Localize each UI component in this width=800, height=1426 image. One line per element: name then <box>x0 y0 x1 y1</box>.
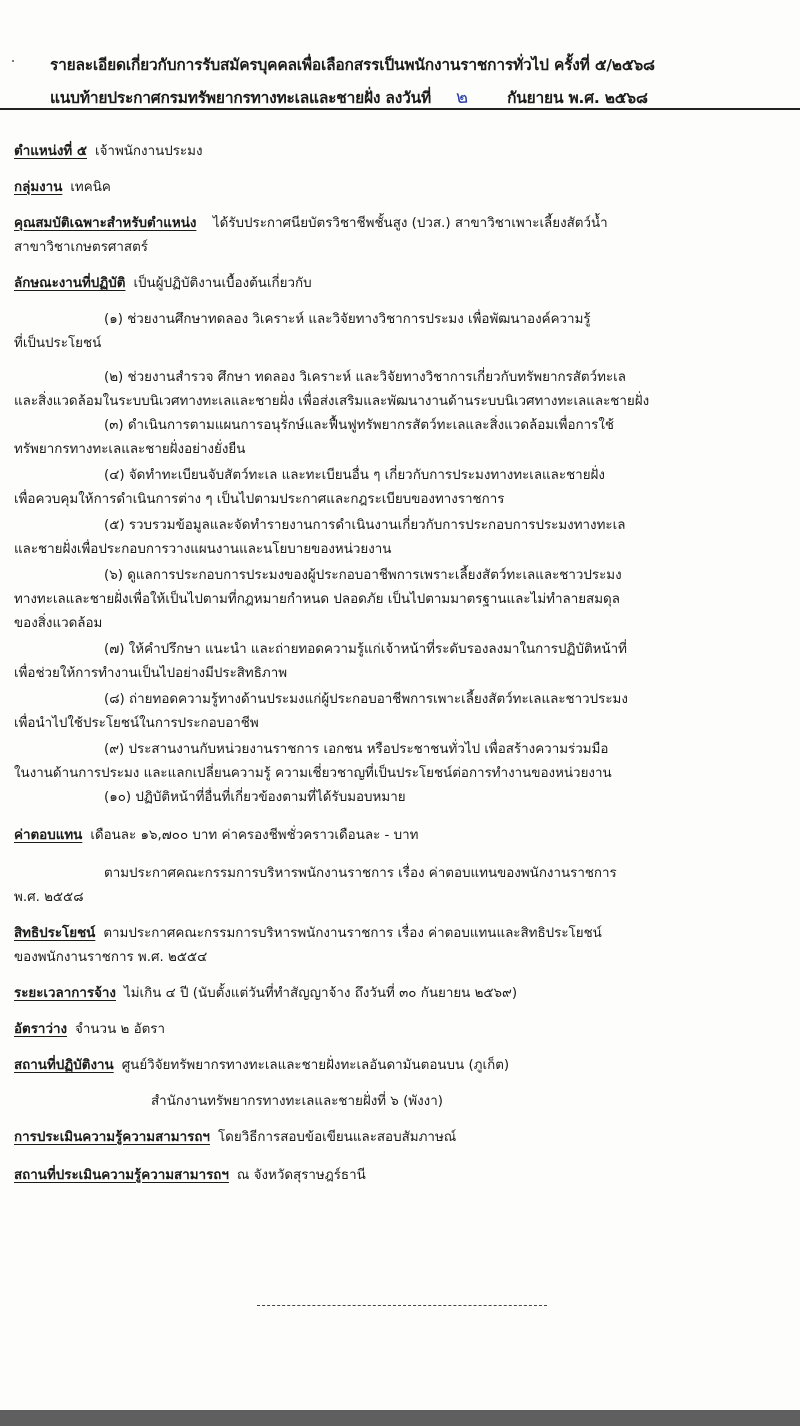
handwritten-day: ๒ <box>455 82 469 112</box>
duty-item-3: (๓) ดำเนินการตามแผนการอนุรักษ์และฟื้นฟูท… <box>14 414 614 438</box>
benefits-line1: ตามประกาศคณะกรรมการบริหารพนักงานราชการ เ… <box>103 926 601 941</box>
workplace-row: สถานที่ปฏิบัติงานศูนย์วิจัยทรัพยากรทางทะ… <box>14 1054 509 1078</box>
header-title-line2: แนบท้ายประกาศกรมทรัพยากรทางทะเลและชายฝั่… <box>50 82 648 111</box>
benefits-line2: ของพนักงานราชการ พ.ศ. ๒๕๕๔ <box>14 946 207 970</box>
job-group-label: กลุ่มงาน <box>14 180 62 195</box>
assessment-row: การประเมินความรู้ความสามารถฯโดยวิธีการสอ… <box>14 1126 456 1150</box>
assessment-value: โดยวิธีการสอบข้อเขียนและสอบสัมภาษณ์ <box>218 1130 456 1145</box>
position-value: เจ้าพนักงานประมง <box>95 144 203 159</box>
duty-item-4: (๔) จัดทำทะเบียนจับสัตว์ทะเล และทะเบียนอ… <box>14 464 605 488</box>
job-group-row: กลุ่มงานเทคนิค <box>14 176 111 200</box>
assessment-location-label: สถานที่ประเมินความรู้ความสามารถฯ <box>14 1168 229 1183</box>
header-line2-prefix: แนบท้ายประกาศกรมทรัพยากรทางทะเลและชายฝั่… <box>50 89 431 107</box>
compensation-value: เดือนละ ๑๖,๗๐๐ บาท ค่าครองชีพชั่วคราวเดื… <box>90 828 418 843</box>
workplace-line1: ศูนย์วิจัยทรัพยากรทางทะเลและชายฝั่งทะเลอ… <box>122 1058 509 1073</box>
duty-item-8: (๘) ถ่ายทอดความรู้ทางด้านประมงแก่ผู้ประก… <box>14 688 628 712</box>
duty-item-3-cont: ทรัพยากรทางทะเลและชายฝั่งอย่างยั่งยืน <box>14 438 245 462</box>
position-label: ตำแหน่งที่ ๕ <box>14 144 87 159</box>
duty-item-9-cont: ในงานด้านการประมง และแลกเปลี่ยนความรู้ ค… <box>14 762 612 786</box>
benefits-row: สิทธิประโยชน์ตามประกาศคณะกรรมการบริหารพน… <box>14 922 602 946</box>
duty-item-6-cont: ทางทะเลและชายฝั่งเพื่อให้เป็นไปตามที่กฎห… <box>14 588 620 612</box>
compensation-row: ค่าตอบแทนเดือนละ ๑๖,๗๐๐ บาท ค่าครองชีพชั… <box>14 824 418 848</box>
duty-item-8-cont: เพื่อนำไปใช้ประโยชน์ในการประกอบอาชีพ <box>14 712 259 736</box>
position-row: ตำแหน่งที่ ๕เจ้าพนักงานประมง <box>14 140 203 164</box>
header-line2-suffix: กันยายน พ.ศ. ๒๕๖๘ <box>507 89 648 107</box>
compensation-note-line1: ตามประกาศคณะกรรมการบริหารพนักงานราชการ เ… <box>14 862 617 886</box>
duties-row: ลักษณะงานที่ปฏิบัติเป็นผู้ปฏิบัติงานเบื้… <box>14 272 312 296</box>
vacancies-value: จำนวน ๒ อัตรา <box>75 1022 165 1037</box>
duty-item-9: (๙) ประสานงานกับหน่วยงานราชการ เอกชน หรื… <box>14 738 608 762</box>
vacancies-row: อัตราว่างจำนวน ๒ อัตรา <box>14 1018 165 1042</box>
workplace-label: สถานที่ปฏิบัติงาน <box>14 1058 114 1073</box>
employment-period-value: ไม่เกิน ๔ ปี (นับตั้งแต่วันที่ทำสัญญาจ้า… <box>124 986 517 1001</box>
duty-item-5: (๕) รวบรวมข้อมูลและจัดทำรายงานการดำเนินง… <box>14 514 625 538</box>
duty-item-2: (๒) ช่วยงานสำรวจ ศึกษา ทดลอง วิเคราะห์ แ… <box>14 366 626 390</box>
qualifications-row: คุณสมบัติเฉพาะสำหรับตำแหน่ง ได้รับประกาศ… <box>14 212 608 236</box>
qualifications-label: คุณสมบัติเฉพาะสำหรับตำแหน่ง <box>14 216 196 231</box>
job-group-value: เทคนิค <box>70 180 110 195</box>
duty-item-10: (๑๐) ปฏิบัติหน้าที่อื่นที่เกี่ยวข้องตามท… <box>14 786 406 810</box>
compensation-label: ค่าตอบแทน <box>14 828 82 843</box>
assessment-label: การประเมินความรู้ความสามารถฯ <box>14 1130 210 1145</box>
header-title-line1: รายละเอียดเกี่ยวกับการรับสมัครบุคคลเพื่อ… <box>50 52 655 77</box>
qualifications-line1: ได้รับประกาศนียบัตรวิชาชีพชั้นสูง (ปวส.)… <box>213 216 608 231</box>
duties-label: ลักษณะงานที่ปฏิบัติ <box>14 276 125 291</box>
duty-item-2-cont: และสิ่งแวดล้อมในระบบนิเวศทางทะเลและชายฝั… <box>14 390 649 414</box>
vacancies-label: อัตราว่าง <box>14 1022 67 1037</box>
scan-speck <box>12 60 14 62</box>
duty-item-5-cont: และชายฝั่งเพื่อประกอบการวางแผนงานและนโยบ… <box>14 538 391 562</box>
header-divider <box>0 108 800 110</box>
document-page: รายละเอียดเกี่ยวกับการรับสมัครบุคคลเพื่อ… <box>0 0 800 1410</box>
employment-period-row: ระยะเวลาการจ้างไม่เกิน ๔ ปี (นับตั้งแต่ว… <box>14 982 517 1006</box>
duty-item-6: (๖) ดูแลการประกอบการประมงของผู้ประกอบอาช… <box>14 564 622 588</box>
compensation-note-line2: พ.ศ. ๒๕๕๘ <box>14 886 84 910</box>
end-separator-line <box>257 1305 547 1306</box>
duties-intro: เป็นผู้ปฏิบัติงานเบื้องต้นเกี่ยวกับ <box>133 276 311 291</box>
qualifications-line2: สาขาวิชาเกษตรศาสตร์ <box>14 236 148 260</box>
benefits-label: สิทธิประโยชน์ <box>14 926 95 941</box>
duty-item-4-cont: เพื่อควบคุมให้การดำเนินการต่าง ๆ เป็นไปต… <box>14 488 504 512</box>
workplace-line2: สำนักงานทรัพยากรทางทะเลและชายฝั่งที่ ๖ (… <box>151 1090 443 1114</box>
assessment-location-row: สถานที่ประเมินความรู้ความสามารถฯณ จังหวั… <box>14 1164 366 1188</box>
scan-bottom-edge <box>0 1410 800 1426</box>
duty-item-7-cont: เพื่อช่วยให้การทำงานเป็นไปอย่างมีประสิทธ… <box>14 662 287 686</box>
assessment-location-value: ณ จังหวัดสุราษฎร์ธานี <box>237 1168 366 1183</box>
duty-item-7: (๗) ให้คำปรึกษา แนะนำ และถ่ายทอดความรู้แ… <box>14 638 627 662</box>
duty-item-1-cont: ที่เป็นประโยชน์ <box>14 332 101 356</box>
employment-period-label: ระยะเวลาการจ้าง <box>14 986 116 1001</box>
duty-item-6-cont2: ของสิ่งแวดล้อม <box>14 612 102 636</box>
duty-item-1: (๑) ช่วยงานศึกษาทดลอง วิเคราะห์ และวิจัย… <box>14 308 591 332</box>
